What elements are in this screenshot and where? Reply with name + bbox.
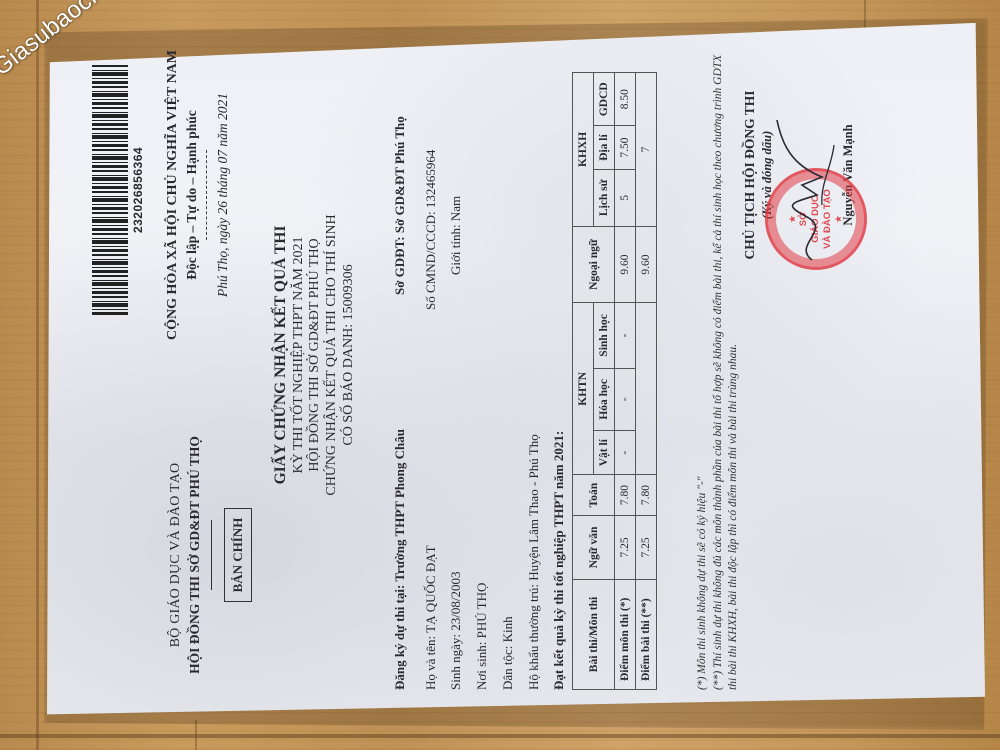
header-khtn: KHTN (573, 303, 594, 475)
exam-council-name: HỘI ĐỒNG THI SỞ GD&ĐT PHÚ THỌ (187, 415, 203, 695)
candidate-dob: Sinh ngày: 23/08/2003 (448, 572, 464, 690)
header-physics: Vật lí (594, 431, 615, 475)
score-math: 7.80 (615, 475, 636, 516)
header-chemistry: Hóa học (594, 368, 615, 431)
candidate-name: Họ và tên: TẠ QUỐC ĐẠT (423, 545, 439, 690)
registration-info: Đăng ký dự thi tại: Trường THPT Phong Ch… (392, 10, 408, 690)
exam-result-certificate: 23202685636​4 BỘ GIÁO DỤC VÀ ĐÀO TẠO HỘI… (0, 5, 900, 705)
barcode-bars (92, 65, 128, 315)
divider (211, 520, 212, 590)
candidate-residence: Hộ khẩu thường trú: Huyện Lâm Thao - Phú… (526, 434, 542, 690)
score-literature: 7.25 (636, 515, 657, 579)
header-biology: Sinh học (594, 303, 615, 368)
header-foreign-language: Ngoại ngữ (573, 226, 615, 302)
issuer-header: BỘ GIÁO DỤC VÀ ĐÀO TẠO HỘI ĐỒNG THI SỞ G… (168, 415, 252, 695)
table-row: Điểm môn thi (*) 7.25 7.80 - - - 9.60 5 … (615, 73, 636, 690)
certificate-title: GIẤY CHỨNG NHẬN KẾT QUẢ THI KỲ THI TỐT N… (272, 115, 358, 595)
title-line: CHỨNG NHẬN KẾT QUẢ THI CHO THÍ SINH (324, 115, 341, 595)
score-foreign-language: 9.60 (615, 226, 636, 302)
header-geography: Địa lí (594, 126, 615, 169)
header-math: Toán (573, 475, 615, 516)
handwritten-signature-icon (772, 115, 852, 265)
candidate-id-number: Số CMND/CCCD: 132465964 (423, 150, 439, 310)
table-header-row: Bài thi/Môn thi Ngữ văn Toán KHTN Ngoại … (573, 73, 594, 690)
barcode-number: 23202685636​4 (131, 65, 145, 315)
header-history: Lịch sử (594, 169, 615, 226)
signer-title: CHỦ TỊCH HỘI ĐỒNG THI (742, 45, 758, 305)
ministry-name: BỘ GIÁO DỤC VÀ ĐÀO TẠO (168, 415, 184, 695)
score-math: 7.80 (636, 475, 657, 516)
score-physics: - (615, 431, 636, 475)
title-line: GIẤY CHỨNG NHẬN KẾT QUẢ THI (272, 115, 291, 595)
results-heading: Đạt kết quả kỳ thi tốt nghiệp THPT năm 2… (551, 431, 567, 690)
score-literature: 7.25 (615, 515, 636, 579)
row-label: Điểm bài thi (**) (636, 580, 657, 690)
original-copy-label: BẢN CHÍNH (224, 508, 252, 602)
registered-school: Đăng ký dự thi tại: Trường THPT Phong Ch… (392, 295, 408, 690)
issue-date: Phú Thọ, ngày 26 tháng 07 năm 2021 (215, 15, 231, 375)
score-chemistry: - (615, 368, 636, 431)
candidate-ethnicity: Dân tộc: Kinh (500, 616, 516, 690)
footnotes: (*) Môn thi sinh không dự thi sẽ có ký h… (695, 50, 742, 690)
education-department: Sở GDĐT: Sở GD&ĐT Phú Thọ (392, 116, 407, 295)
candidate-number: CÓ SỐ BÁO DANH: 15009306 (341, 115, 358, 595)
footnote-1: (*) Môn thi sinh không dự thi sẽ có ký h… (695, 50, 711, 690)
country-name: CỘNG HÒA XÃ HỘI CHỦ NGHĨA VIỆT NAM (165, 15, 181, 375)
score-foreign-language: 9.60 (636, 226, 657, 302)
candidate-birthplace: Nơi sinh: PHÚ THỌ (474, 583, 490, 690)
score-khtn (636, 303, 657, 475)
title-line: HỘI ĐỒNG THI SỞ GD&ĐT PHÚ THỌ (307, 115, 324, 595)
header-subject: Bài thi/Môn thi (573, 580, 615, 690)
header-khxh: KHXH (573, 73, 594, 227)
plank-seam (0, 734, 1000, 738)
title-line: KỲ THI TỐT NGHIỆP THPT NĂM 2021 (291, 115, 308, 595)
score-geography: 7.50 (615, 126, 636, 169)
national-header: CỘNG HÒA XÃ HỘI CHỦ NGHĨA VIỆT NAM Độc l… (165, 15, 231, 375)
score-biology: - (615, 303, 636, 368)
plank-seam (195, 720, 197, 750)
footnote-2: (**) Thí sinh dự thi không đủ các môn th… (711, 50, 742, 690)
row-label: Điểm môn thi (*) (615, 580, 636, 690)
header-civics: GDCD (594, 73, 615, 126)
score-history: 5 (615, 169, 636, 226)
header-literature: Ngữ văn (573, 515, 615, 579)
scores-table: Bài thi/Môn thi Ngữ văn Toán KHTN Ngoại … (572, 72, 657, 690)
score-civics: 8.50 (615, 73, 636, 126)
candidate-gender: Giới tính: Nam (448, 196, 464, 275)
table-row: Điểm bài thi (**) 7.25 7.80 9.60 7 (636, 73, 657, 690)
national-motto: Độc lập – Tự do – Hạnh phúc (184, 15, 200, 375)
score-khxh: 7 (636, 73, 657, 227)
barcode: 23202685636​4 (92, 65, 145, 315)
divider (206, 150, 207, 240)
